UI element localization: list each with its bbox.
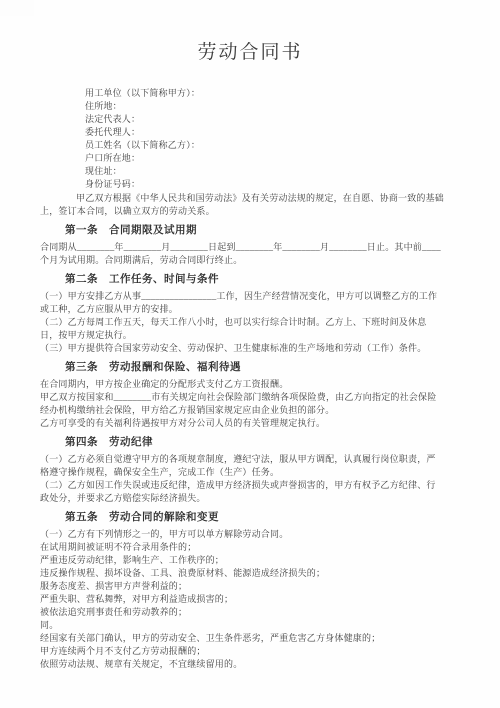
section-paragraph: （三）甲方提供符合国家劳动安全、劳动保护、卫生健康标准的生产场地和劳动（工作）条… [40,342,444,355]
section-paragraph: （一）乙方有下列情形之一的，甲方可以单方解除劳动合同。 [40,528,444,541]
section-paragraph: 合同期从________年________月________日起到_______… [40,241,444,267]
section-paragraph: 在试用期间被证明不符合录用条件的； [40,541,444,554]
contract-document-page: 劳动合同书 用工单位（以下简称甲方）：住所地：法定代表人：委托代理人：员工姓名（… [0,0,500,708]
section-paragraph: 严重违反劳动纪律，影响生产、工作秩序的； [40,554,444,567]
party-field-line: 员工姓名（以下简称乙方）： [85,139,444,152]
section-paragraph: 甲方连续两个月不支付乙方劳动报酬的； [40,645,444,658]
section-heading: 第一条 合同期限及试用期 [65,224,444,238]
contract-section: 第一条 合同期限及试用期合同期从________年________月______… [40,224,444,267]
party-field-line: 现住址： [85,165,444,178]
party-field-line: 住所地： [85,100,444,113]
section-paragraph: 被依法追究刑事责任和劳动教养的； [40,606,444,619]
document-title: 劳动合同书 [0,0,500,66]
section-paragraph: 乙方可享受的有关福利待遇按甲方对分公司人员的有关管理规定执行。 [40,417,444,430]
section-paragraph: （二）乙方如因工作失误或违反纪律，造成甲方经济损失或声誉损害的，甲方有权予乙方纪… [40,479,444,505]
party-info-block: 用工单位（以下简称甲方）：住所地：法定代表人：委托代理人：员工姓名（以下简称乙方… [85,87,444,191]
section-paragraph: 甲乙双方按国家和________市有关规定向社会保险部门缴纳各项保险费，由乙方向… [40,391,444,417]
party-field-line: 法定代表人： [85,113,444,126]
contract-section: 第五条 劳动合同的解除和变更（一）乙方有下列情形之一的，甲方可以单方解除劳动合同… [40,511,444,671]
section-heading: 第四条 劳动纪律 [65,436,444,450]
scan-artifact-patch [0,0,34,16]
section-paragraph: （一）甲方安排乙方从事________________工作，因生产经营情况变化，… [40,290,444,316]
section-paragraph: 同。 [40,619,444,632]
section-heading: 第三条 劳动报酬和保险、福利待遇 [65,361,444,375]
contract-section: 第二条 工作任务、时间与条件（一）甲方安排乙方从事_______________… [40,273,444,355]
sections-container: 第一条 合同期限及试用期合同期从________年________月______… [40,224,444,671]
section-heading: 第二条 工作任务、时间与条件 [65,273,444,287]
section-paragraph: 严重失职、营私舞弊，对甲方利益造成损害的； [40,593,444,606]
section-paragraph: （一）乙方必须自觉遵守甲方的各项规章制度，遵纪守法，服从甲方调配，认真履行岗位职… [40,453,444,479]
section-paragraph: 经国家有关部门确认，甲方的劳动安全、卫生条件恶劣，严重危害乙方身体健康的； [40,632,444,645]
section-paragraph: 服务态度差、损害甲方声誉利益的； [40,580,444,593]
section-paragraph: 违反操作规程、损坏设备、工具、浪费原材料、能源造成经济损失的； [40,567,444,580]
section-paragraph: 依照劳动法规、规章有关规定，不宜继续留用的。 [40,658,444,671]
party-field-line: 用工单位（以下简称甲方）： [85,87,444,100]
section-paragraph: （二）乙方每周工作五天，每天工作八小时，也可以实行综合计时制。乙方上、下班时间及… [40,316,444,342]
contract-section: 第三条 劳动报酬和保险、福利待遇在合同期内，甲方按企业确定的分配形式支付乙方工资… [40,361,444,430]
section-heading: 第五条 劳动合同的解除和变更 [65,511,444,525]
document-body: 用工单位（以下简称甲方）：住所地：法定代表人：委托代理人：员工姓名（以下简称乙方… [0,66,500,671]
section-paragraph: 在合同期内，甲方按企业确定的分配形式支付乙方工资报酬。 [40,378,444,391]
contract-section: 第四条 劳动纪律（一）乙方必须自觉遵守甲方的各项规章制度，遵纪守法，服从甲方调配… [40,436,444,505]
intro-paragraph: 甲乙双方根据《中华人民共和国劳动法》及有关劳动法规的规定，在自愿、协商一致的基础… [40,192,444,218]
party-field-line: 户口所在地： [85,152,444,165]
party-field-line: 身份证号码： [85,178,444,191]
party-field-line: 委托代理人： [85,126,444,139]
